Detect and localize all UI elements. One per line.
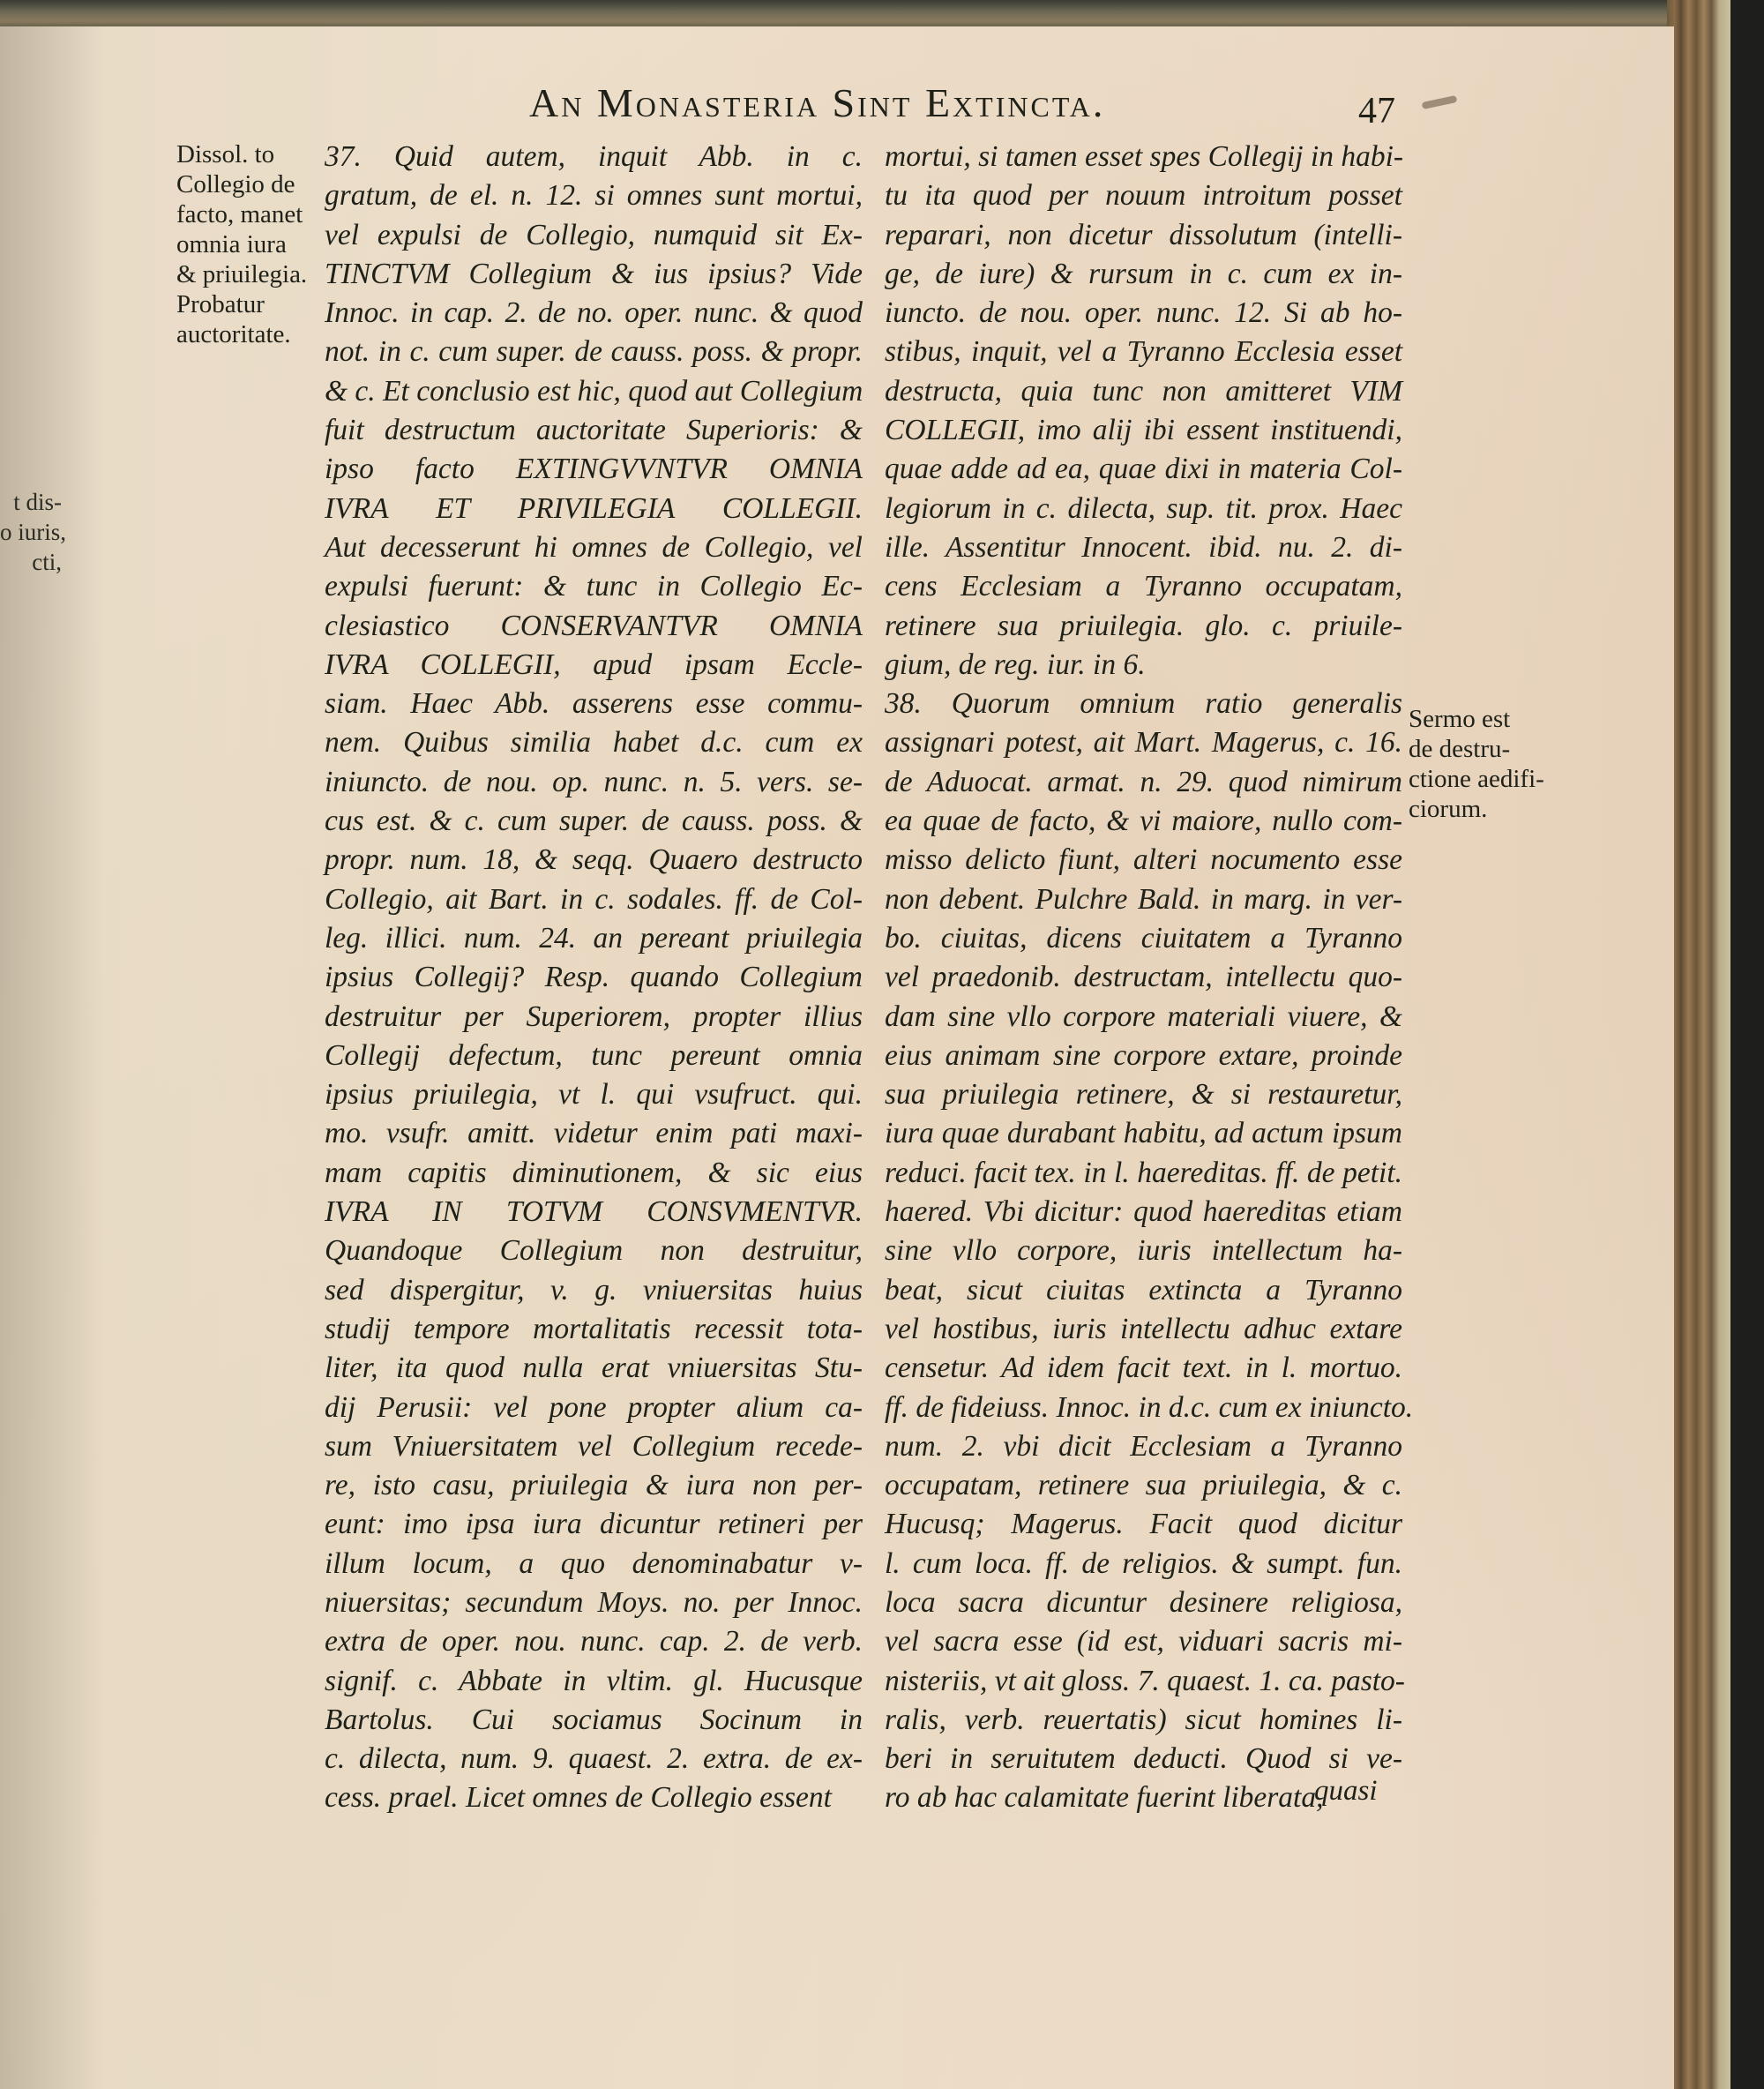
- margin-line: o iuris,: [0, 517, 62, 547]
- text-line: censetur. Ad idem facit text. in l. mort…: [885, 1349, 1402, 1388]
- text-line: 37. Quid autem, inquit Abb. in c.: [325, 138, 863, 176]
- margin-line: Dissol. to: [176, 139, 326, 169]
- text-line: ff. de fideiuss. Innoc. in d.c. cum ex i…: [885, 1389, 1402, 1427]
- text-line: extra de oper. nou. nunc. cap. 2. de ver…: [325, 1622, 863, 1661]
- margin-line: Collegio de: [176, 169, 326, 199]
- margin-line: Sermo est: [1409, 704, 1585, 734]
- margin-line: & priuilegia.: [176, 259, 326, 289]
- text-line: re, isto casu, priuilegia & iura non per…: [325, 1466, 863, 1505]
- running-head: An Monasteria Sint Extincta.: [529, 79, 1429, 132]
- margin-line: ctione aedifi-: [1409, 764, 1585, 794]
- margin-line: de destru-: [1409, 734, 1585, 764]
- text-line: Collegio, ait Bart. in c. sodales. ff. d…: [325, 880, 863, 919]
- text-line: assignari potest, ait Mart. Magerus, c. …: [885, 723, 1402, 762]
- text-line: leg. illici. num. 24. an pereant priuile…: [325, 919, 863, 958]
- text-line: non debent. Pulchre Bald. in marg. in ve…: [885, 880, 1402, 919]
- text-line: Collegij defectum, tunc pereunt omnia: [325, 1037, 863, 1075]
- margin-line: Probatur: [176, 289, 326, 319]
- text-line: & c. Et conclusio est hic, quod aut Coll…: [325, 372, 863, 411]
- text-line: stibus, inquit, vel a Tyranno Ecclesia e…: [885, 333, 1402, 371]
- text-line: ipso facto EXTINGVVNTVR OMNIA: [325, 450, 863, 489]
- text-line: not. in c. cum super. de causs. poss. & …: [325, 333, 863, 371]
- page-number: 47: [1358, 90, 1395, 132]
- text-line: iniuncto. de nou. op. nunc. n. 5. vers. …: [325, 763, 863, 802]
- text-line: iura quae durabant habitu, ad actum ipsu…: [885, 1114, 1402, 1153]
- text-line: expulsi fuerunt: & tunc in Collegio Ec-: [325, 567, 863, 606]
- text-line: IVRA IN TOTVM CONSVMENTVR.: [325, 1193, 863, 1232]
- text-line: siam. Haec Abb. asserens esse commu-: [325, 685, 863, 723]
- left-margin-note: Dissol. to Collegio de facto, manet omni…: [176, 139, 326, 349]
- text-line: c. dilecta, num. 9. quaest. 2. extra. de…: [325, 1740, 863, 1778]
- text-line: Quandoque Collegium non destruitur,: [325, 1232, 863, 1270]
- text-line: eius animam sine corpore extare, proinde: [885, 1037, 1402, 1075]
- text-line: l. cum loca. ff. de religios. & sumpt. f…: [885, 1545, 1402, 1584]
- text-line: niuersitas; secundum Moys. no. per Innoc…: [325, 1584, 863, 1622]
- text-line: bo. ciuitas, dicens ciuitatem a Tyranno: [885, 919, 1402, 958]
- text-line: IVRA COLLEGII, apud ipsam Eccle-: [325, 646, 863, 685]
- text-line: reparari, non dicetur dissolutum (intell…: [885, 216, 1402, 255]
- right-margin-note: Sermo est de destru- ctione aedifi- cior…: [1409, 704, 1585, 824]
- catchword: quasi: [1314, 1775, 1378, 1808]
- text-line: nem. Quibus similia habet d.c. cum ex: [325, 723, 863, 762]
- text-line: eunt: imo ipsa iura dicuntur retineri pe…: [325, 1505, 863, 1544]
- text-line: dij Perusii: vel pone propter alium ca-: [325, 1389, 863, 1427]
- text-line: ille. Assentitur Innocent. ibid. nu. 2. …: [885, 528, 1402, 567]
- text-line: studij tempore mortalitatis recessit tot…: [325, 1310, 863, 1349]
- text-line: mortui, si tamen esset spes Collegij in …: [885, 138, 1402, 176]
- text-line: quae adde ad ea, quae dixi in materia Co…: [885, 450, 1402, 489]
- text-line: loca sacra dicuntur desinere religiosa,: [885, 1584, 1402, 1622]
- margin-line: t dis-: [0, 487, 62, 517]
- text-line: Innoc. in cap. 2. de no. oper. nunc. & q…: [325, 294, 863, 333]
- text-line: sed dispergitur, v. g. vniuersitas huius: [325, 1271, 863, 1310]
- text-line: fuit destructum auctoritate Superioris: …: [325, 411, 863, 450]
- text-line: num. 2. vbi dicit Ecclesiam a Tyranno: [885, 1427, 1402, 1466]
- text-line: occupatam, retinere sua priuilegia, & c.: [885, 1466, 1402, 1505]
- margin-line: ciorum.: [1409, 794, 1585, 824]
- text-line: vel expulsi de Collegio, numquid sit Ex-: [325, 216, 863, 255]
- text-line: ge, de iure) & rursum in c. cum ex in-: [885, 255, 1402, 294]
- text-line: cus est. & c. cum super. de causs. poss.…: [325, 802, 863, 841]
- text-line: clesiastico CONSERVANTVR OMNIA: [325, 607, 863, 646]
- text-line: dam sine vllo corpore materiali viuere, …: [885, 998, 1402, 1037]
- margin-line: omnia iura: [176, 229, 326, 259]
- text-line: haered. Vbi dicitur: quod haereditas eti…: [885, 1193, 1402, 1232]
- text-line: sum Vniuersitatem vel Collegium recede-: [325, 1427, 863, 1466]
- margin-line: cti,: [0, 547, 62, 577]
- text-line: iuncto. de nou. oper. nunc. 12. Si ab ho…: [885, 294, 1402, 333]
- text-line: liter, ita quod nulla erat vniuersitas S…: [325, 1349, 863, 1388]
- text-line: sine vllo corpore, iuris intellectum ha-: [885, 1232, 1402, 1270]
- margin-line: facto, manet: [176, 199, 326, 229]
- text-line: legiorum in c. dilecta, sup. tit. prox. …: [885, 490, 1402, 528]
- text-line: mam capitis diminutionem, & sic eius: [325, 1154, 863, 1193]
- text-line: ralis, verb. reuertatis) sicut homines l…: [885, 1701, 1402, 1740]
- text-line: vel sacra esse (id est, viduari sacris m…: [885, 1622, 1402, 1661]
- text-line: IVRA ET PRIVILEGIA COLLEGII.: [325, 490, 863, 528]
- previous-page-margin-note: t dis- o iuris, cti,: [0, 487, 62, 577]
- text-line: Hucusq; Magerus. Facit quod dicitur: [885, 1505, 1402, 1544]
- text-line: gium, de reg. iur. in 6.: [885, 646, 1402, 685]
- text-line: propr. num. 18, & seqq. Quaero destructo: [325, 841, 863, 880]
- text-line: destructa, quia tunc non amitteret VIM: [885, 372, 1402, 411]
- text-line: ea quae de facto, & vi maiore, nullo com…: [885, 802, 1402, 841]
- text-line: de Aduocat. armat. n. 29. quod nimirum: [885, 763, 1402, 802]
- text-line: Aut decesserunt hi omnes de Collegio, ve…: [325, 528, 863, 567]
- text-line: destruitur per Superiorem, propter illiu…: [325, 998, 863, 1037]
- text-line: nisteriis, vt ait gloss. 7. quaest. 1. c…: [885, 1662, 1402, 1701]
- text-line: vel hostibus, iuris intellectu adhuc ext…: [885, 1310, 1402, 1349]
- book-fore-edge: [1667, 0, 1730, 2089]
- text-line: vel praedonib. destructam, intellectu qu…: [885, 958, 1402, 997]
- text-line: cess. prael. Licet omnes de Collegio ess…: [325, 1778, 863, 1817]
- text-line: ipsius Collegij? Resp. quando Collegium: [325, 958, 863, 997]
- left-text-column: 37. Quid autem, inquit Abb. in c.gratum,…: [325, 138, 863, 1818]
- margin-line: auctoritate.: [176, 319, 326, 349]
- text-line: retinere sua priuilegia. glo. c. priuile…: [885, 607, 1402, 646]
- text-line: beri in seruitutem deducti. Quod si ve-: [885, 1740, 1402, 1778]
- text-line: tu ita quod per nouum introitum posset: [885, 176, 1402, 215]
- text-line: TINCTVM Collegium & ius ipsius? Vide: [325, 255, 863, 294]
- text-line: Bartolus. Cui sociamus Socinum in: [325, 1701, 863, 1740]
- text-line: illum locum, a quo denominabatur v-: [325, 1545, 863, 1584]
- text-line: misso delicto fiunt, alteri nocumento es…: [885, 841, 1402, 880]
- text-line: gratum, de el. n. 12. si omnes sunt mort…: [325, 176, 863, 215]
- text-line: 38. Quorum omnium ratio generalis: [885, 685, 1402, 723]
- text-line: ipsius priuilegia, vt l. qui vsufruct. q…: [325, 1075, 863, 1114]
- text-line: cens Ecclesiam a Tyranno occupatam,: [885, 567, 1402, 606]
- page-gutter-shadow: [0, 26, 106, 2089]
- text-line: signif. c. Abbate in vltim. gl. Hucusque: [325, 1662, 863, 1701]
- text-line: COLLEGII, imo alij ibi essent instituend…: [885, 411, 1402, 450]
- text-line: beat, sicut ciuitas extincta a Tyranno: [885, 1271, 1402, 1310]
- text-line: reduci. facit tex. in l. haereditas. ff.…: [885, 1154, 1402, 1193]
- right-text-column: mortui, si tamen esset spes Collegij in …: [885, 138, 1402, 1818]
- text-line: sua priuilegia retinere, & si restauretu…: [885, 1075, 1402, 1114]
- text-line: mo. vsufr. amitt. videtur enim pati maxi…: [325, 1114, 863, 1153]
